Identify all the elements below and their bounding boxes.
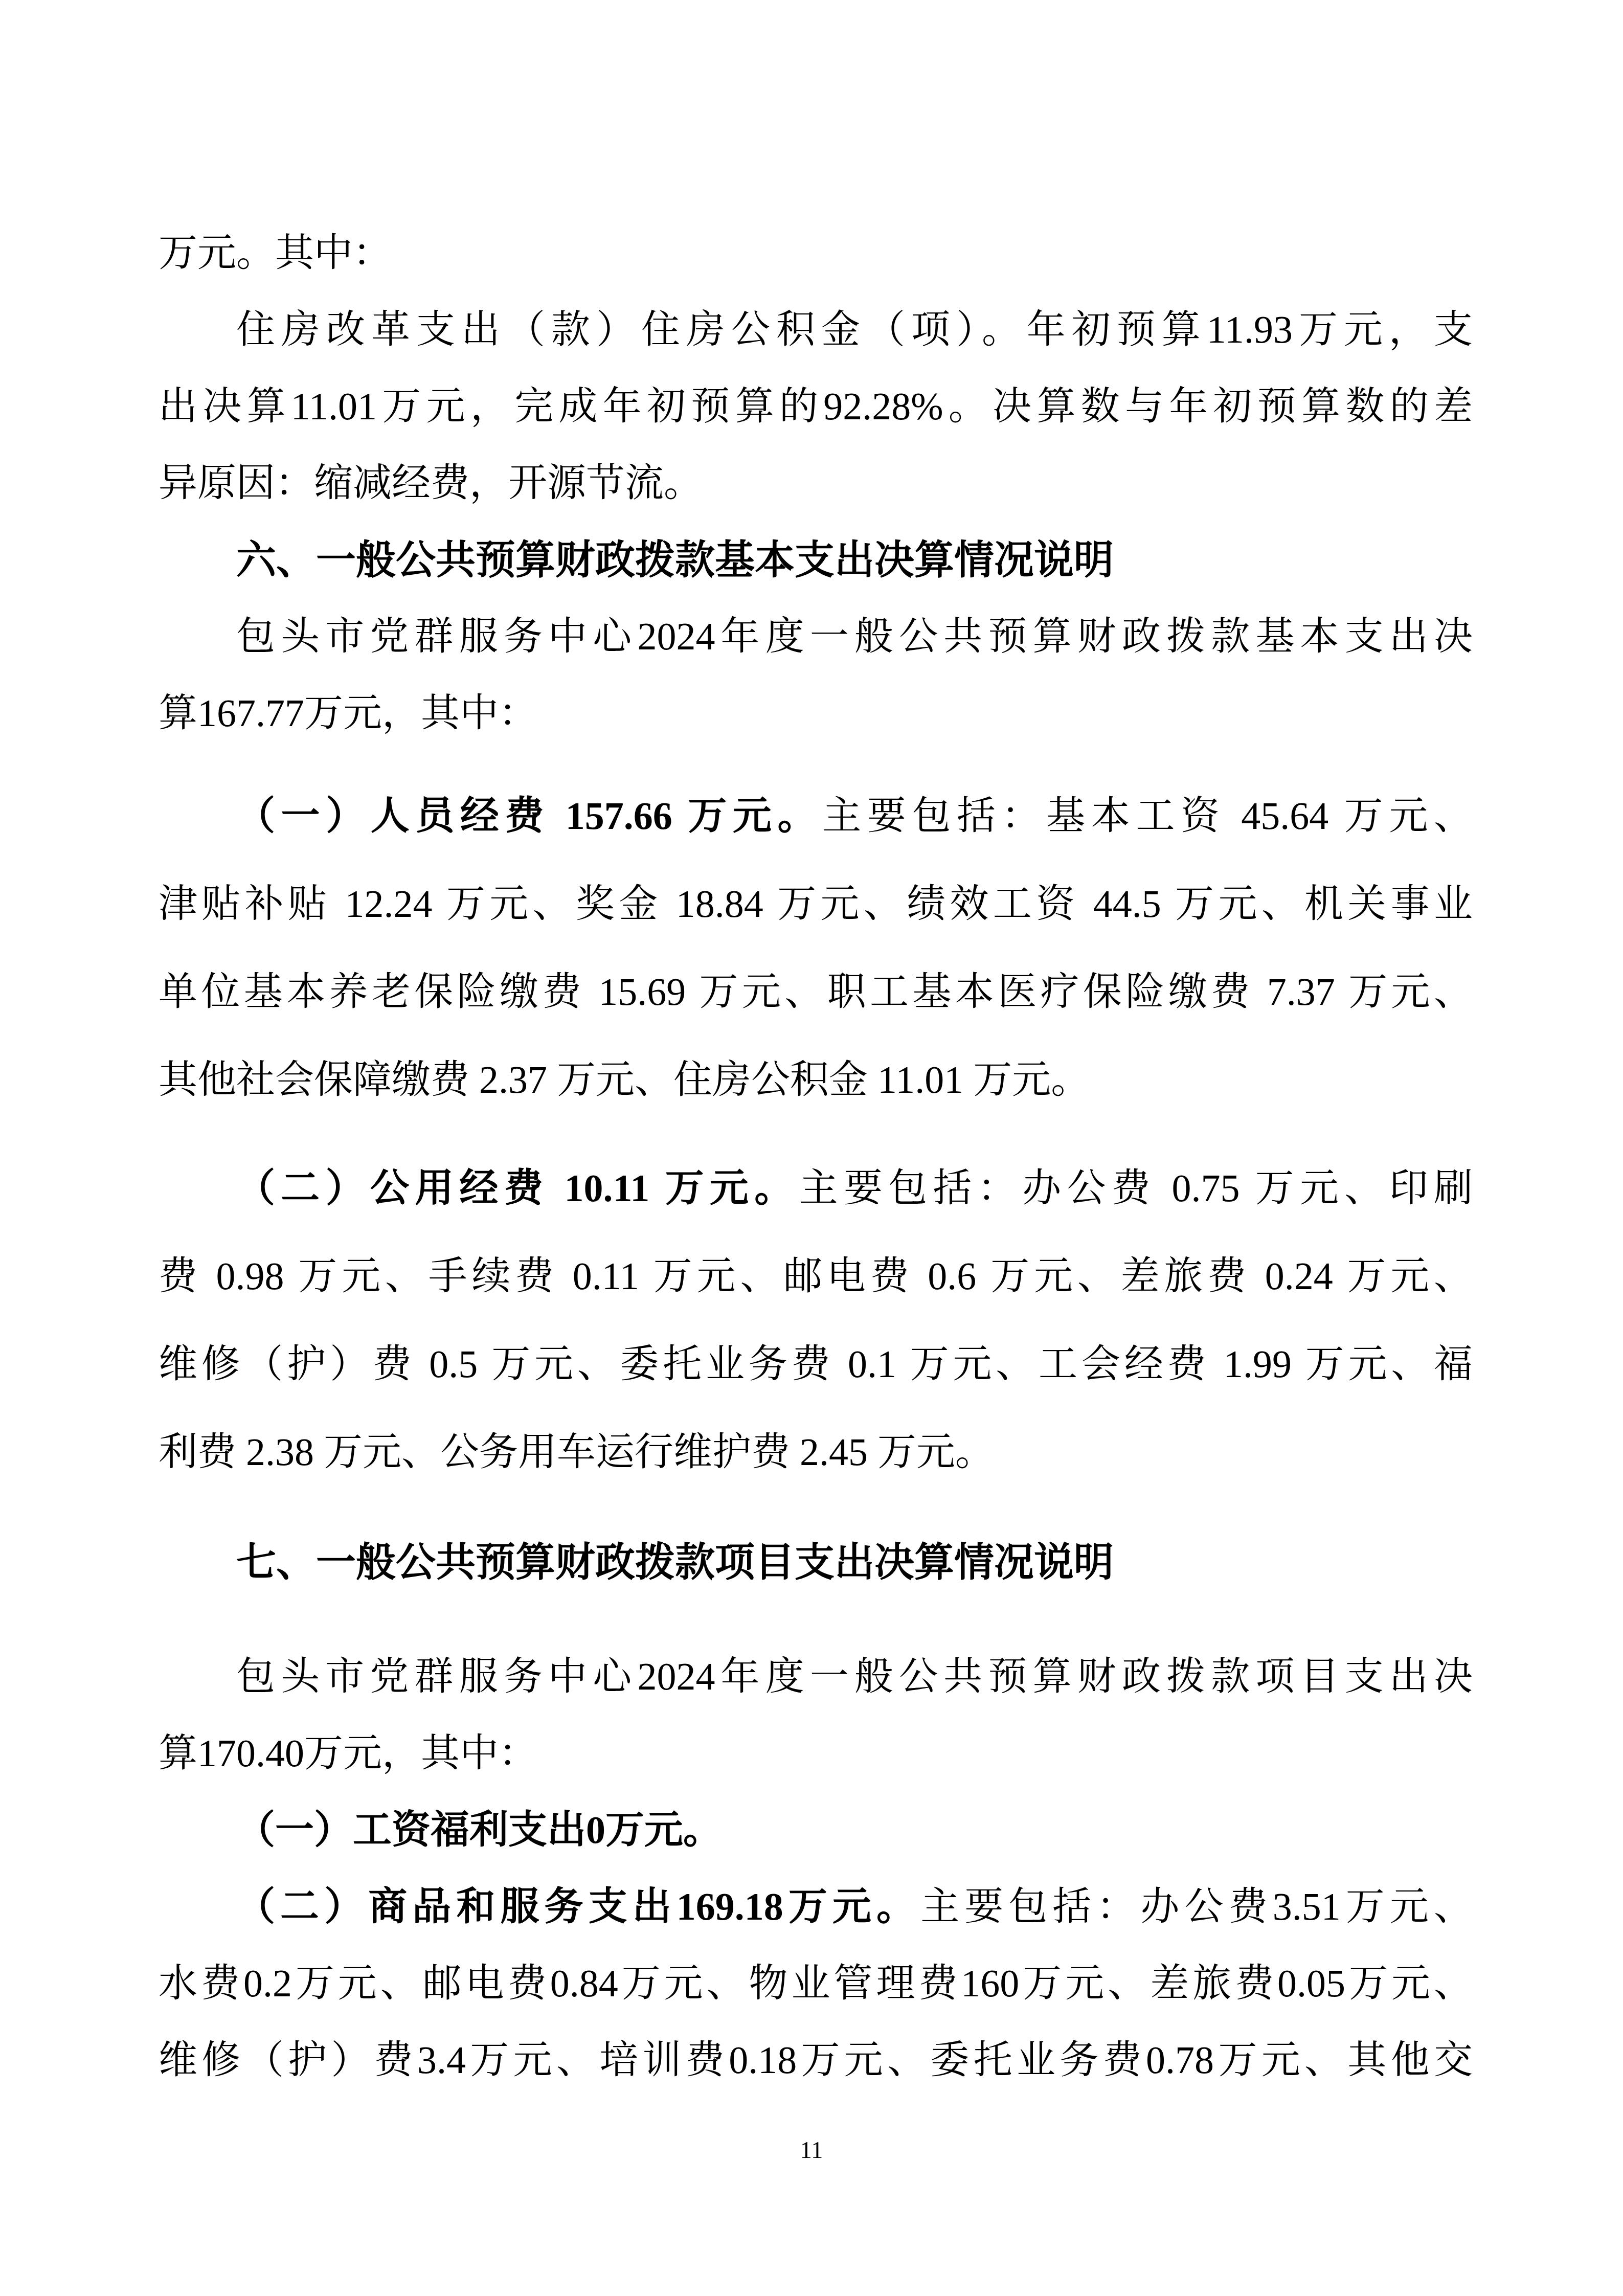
regular-segment: 利费 2.38 万元、公务用车运行维护费 2.45 万元。 <box>159 1431 994 1474</box>
bold-segment: 七、一般公共预算财政拨款项目支出决算情况说明 <box>236 1540 1114 1585</box>
bold-segment: 六、一般公共预算财政拨款基本支出决算情况说明 <box>236 537 1114 582</box>
bold-segment: （二）公用经费 10.11 万元。 <box>236 1167 799 1210</box>
regular-segment: 费 0.98 万元、手续费 0.11 万元、邮电费 0.6 万元、差旅费 0.2… <box>159 1255 1473 1298</box>
text-line: 算167.77万元，其中： <box>159 675 1473 752</box>
bold-segment: （二）商品和服务支出169.18万元。 <box>236 1885 920 1928</box>
text-line: 维修（护）费3.4万元、培训费0.18万元、委托业务费0.78万元、其他交 <box>159 2022 1473 2099</box>
regular-segment: 水费0.2万元、邮电费0.84万元、物业管理费160万元、差旅费0.05万元、 <box>159 1962 1473 2005</box>
regular-segment: 异原因：缩减经费，开源节流。 <box>159 462 703 505</box>
text-line: 包头市党群服务中心2024年度一般公共预算财政拨款基本支出决 <box>159 598 1473 675</box>
text-line: 单位基本养老保险缴费 15.69 万元、职工基本医疗保险缴费 7.37 万元、 <box>159 948 1473 1036</box>
text-line: 水费0.2万元、邮电费0.84万元、物业管理费160万元、差旅费0.05万元、 <box>159 1945 1473 2022</box>
regular-segment: 出决算11.01万元，完成年初预算的92.28%。决算数与年初预算数的差 <box>159 385 1473 428</box>
text-line: 津贴补贴 12.24 万元、奖金 18.84 万元、绩效工资 44.5 万元、机… <box>159 860 1473 948</box>
page-number: 11 <box>0 2135 1623 2166</box>
text-line: 其他社会保障缴费 2.37 万元、住房公积金 11.01 万元。 <box>159 1036 1473 1124</box>
document-body: 万元。其中： 住房改革支出（款）住房公积金（项）。年初预算11.93万元，支 出… <box>159 215 1473 2099</box>
regular-segment: 其他社会保障缴费 2.37 万元、住房公积金 11.01 万元。 <box>159 1059 1090 1101</box>
text-line: （一）工资福利支出0万元。 <box>159 1792 1473 1869</box>
text-line: 利费 2.38 万元、公务用车运行维护费 2.45 万元。 <box>159 1408 1473 1496</box>
regular-segment: 算170.40万元，其中： <box>159 1732 537 1775</box>
text-line: （二）商品和服务支出169.18万元。主要包括：办公费3.51万元、 <box>159 1869 1473 1945</box>
regular-segment: 维修（护）费3.4万元、培训费0.18万元、委托业务费0.78万元、其他交 <box>159 2039 1473 2082</box>
text-line: 包头市党群服务中心2024年度一般公共预算财政拨款项目支出决 <box>159 1638 1473 1715</box>
regular-segment: 包头市党群服务中心2024年度一般公共预算财政拨款项目支出决 <box>236 1655 1473 1698</box>
text-line: 住房改革支出（款）住房公积金（项）。年初预算11.93万元，支 <box>159 291 1473 368</box>
regular-segment: 万元。其中： <box>159 232 392 275</box>
section-heading-7: 七、一般公共预算财政拨款项目支出决算情况说明 <box>159 1524 1473 1601</box>
regular-segment: 单位基本养老保险缴费 15.69 万元、职工基本医疗保险缴费 7.37 万元、 <box>159 971 1473 1014</box>
bold-segment: （一）人员经费 157.66 万元。 <box>236 795 822 838</box>
regular-segment: 维修（护）费 0.5 万元、委托业务费 0.1 万元、工会经费 1.99 万元、… <box>159 1343 1473 1386</box>
text-line: 算170.40万元，其中： <box>159 1715 1473 1792</box>
text-line: 出决算11.01万元，完成年初预算的92.28%。决算数与年初预算数的差 <box>159 368 1473 445</box>
regular-segment: 包头市党群服务中心2024年度一般公共预算财政拨款基本支出决 <box>236 615 1473 658</box>
text-line: 异原因：缩减经费，开源节流。 <box>159 445 1473 522</box>
section-heading-6: 六、一般公共预算财政拨款基本支出决算情况说明 <box>159 522 1473 598</box>
text-line: 维修（护）费 0.5 万元、委托业务费 0.1 万元、工会经费 1.99 万元、… <box>159 1320 1473 1408</box>
regular-segment: 津贴补贴 12.24 万元、奖金 18.84 万元、绩效工资 44.5 万元、机… <box>159 883 1473 926</box>
regular-segment: 算167.77万元，其中： <box>159 692 537 735</box>
regular-segment: 主要包括：办公费 0.75 万元、印刷 <box>799 1167 1473 1210</box>
regular-segment: 主要包括：基本工资 45.64 万元、 <box>822 795 1473 838</box>
text-line: （一）人员经费 157.66 万元。主要包括：基本工资 45.64 万元、 <box>159 772 1473 860</box>
regular-segment: 主要包括：办公费3.51万元、 <box>920 1885 1473 1928</box>
regular-segment: 住房改革支出（款）住房公积金（项）。年初预算11.93万元，支 <box>236 308 1473 351</box>
text-line: 费 0.98 万元、手续费 0.11 万元、邮电费 0.6 万元、差旅费 0.2… <box>159 1232 1473 1320</box>
bold-segment: （一）工资福利支出0万元。 <box>236 1809 722 1852</box>
text-line: 万元。其中： <box>159 215 1473 291</box>
text-line: （二）公用经费 10.11 万元。主要包括：办公费 0.75 万元、印刷 <box>159 1144 1473 1232</box>
document-page: 万元。其中： 住房改革支出（款）住房公积金（项）。年初预算11.93万元，支 出… <box>0 0 1623 2296</box>
